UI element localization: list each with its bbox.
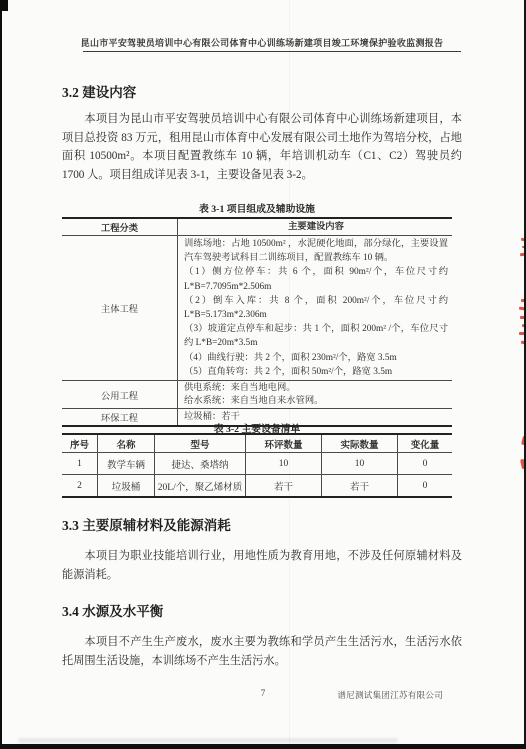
scanned-report-page: 昆山市平安驾驶员培训中心有限公司体育中心训练场新建项目竣工环境保护验收监测报告 … <box>0 0 526 749</box>
header-rule <box>83 51 461 52</box>
paragraph-3-2: 本项目为昆山市平安驾驶员培训中心有限公司体育中心训练场新建项目，本项目总投资 8… <box>62 110 462 184</box>
table-3-2: 序号 名称 型号 环评数量 实际数量 变化量 1 教学车辆 捷达、桑塔纳 10 … <box>62 433 452 498</box>
table-row: 主体工程 训练场地：占地 10500m² ，水泥硬化地面，部分绿化，主要设置汽车… <box>62 236 452 381</box>
table-cell: 2 <box>62 475 98 496</box>
table-3-1-header-category: 工程分类 <box>62 219 177 235</box>
company-name: 谱尼测试集团江苏有限公司 <box>62 689 443 701</box>
table-cell: 垃圾桶 <box>98 475 155 496</box>
table-cell-category: 主体工程 <box>62 236 177 380</box>
scan-fold-line <box>289 0 290 749</box>
col-header: 序号 <box>62 435 98 452</box>
col-header: 名称 <box>98 435 155 452</box>
paragraph-3-4: 本项目不产生生产废水，废水主要为教练和学员产生生活污水，生活污水依托周围生活设施… <box>62 633 462 671</box>
section-heading-3-3: 3.3 主要原辅材料及能源消耗 <box>62 514 462 534</box>
table-cell: 0 <box>398 475 452 496</box>
table-cell: 若干 <box>322 475 398 496</box>
scan-edge-bottom <box>0 744 526 749</box>
table-3-2-header-row: 序号 名称 型号 环评数量 实际数量 变化量 <box>62 435 452 453</box>
scan-corner-mark <box>0 0 8 11</box>
table-cell: 0 <box>398 453 452 474</box>
table-cell: 10 <box>246 453 322 474</box>
table-cell: 10 <box>322 453 398 474</box>
table-3-1-title: 表 3-1 项目组成及辅助设施 <box>62 201 452 215</box>
table-row: 2 垃圾桶 20L/个，聚乙烯材质 若干 若干 0 <box>62 475 452 496</box>
table-cell-content: 训练场地：占地 10500m² ，水泥硬化地面，部分绿化，主要设置汽车驾驶考试科… <box>177 236 452 380</box>
table-cell: 教学车辆 <box>98 453 155 474</box>
paragraph-3-3: 本项目为职业技能培训行业，用地性质为教育用地，不涉及任何原辅材料及能源消耗。 <box>62 547 462 585</box>
scan-smudge <box>18 738 398 743</box>
scan-edge-left <box>0 0 2 749</box>
section-heading-3-4: 3.4 水源及水平衡 <box>62 600 462 620</box>
table-cell: 1 <box>62 453 98 474</box>
table-row: 公用工程 供电系统：来自当地电网。 给水系统：来自当地自来水管网。 <box>62 381 452 409</box>
col-header: 型号 <box>155 435 246 452</box>
table-row: 1 教学车辆 捷达、桑塔纳 10 10 0 <box>62 453 452 475</box>
table-cell-content: 供电系统：来自当地电网。 给水系统：来自当地自来水管网。 <box>177 381 452 408</box>
table-cell: 20L/个，聚乙烯材质 <box>155 475 246 496</box>
table-cell: 捷达、桑塔纳 <box>155 453 246 474</box>
report-running-header: 昆山市平安驾驶员培训中心有限公司体育中心训练场新建项目竣工环境保护验收监测报告 <box>62 36 462 49</box>
table-3-1-header-row: 工程分类 主要建设内容 <box>62 219 452 236</box>
table-3-1: 工程分类 主要建设内容 主体工程 训练场地：占地 10500m² ，水泥硬化地面… <box>62 217 452 427</box>
table-cell-category: 公用工程 <box>62 381 177 408</box>
section-heading-3-2: 3.2 建设内容 <box>62 81 462 101</box>
col-header: 环评数量 <box>246 435 322 452</box>
col-header: 变化量 <box>398 435 452 452</box>
table-cell: 若干 <box>246 475 322 496</box>
col-header: 实际数量 <box>322 435 398 452</box>
table-3-1-header-content: 主要建设内容 <box>177 219 452 235</box>
